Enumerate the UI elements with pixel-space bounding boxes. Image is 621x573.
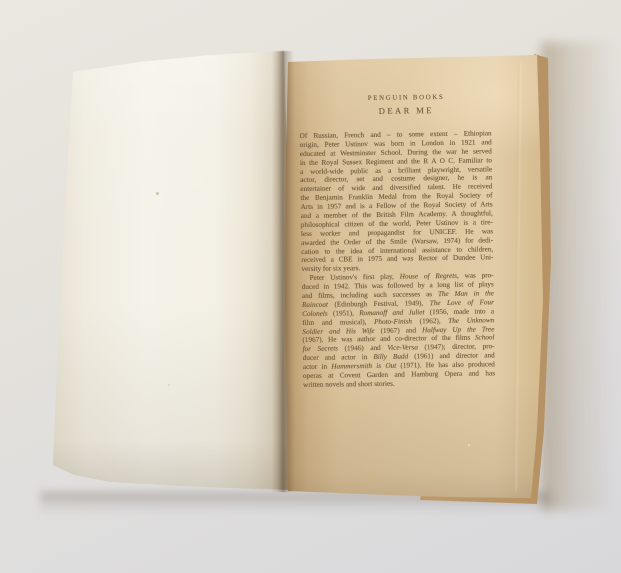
paper-speck <box>468 444 470 446</box>
page-headings: PENGUIN BOOKS DEAR ME <box>310 93 502 117</box>
paragraph: Of Russian, French and – to some extent … <box>300 129 494 274</box>
about-author-text: Of Russian, French and – to some extent … <box>300 129 496 389</box>
paper-speck <box>156 192 159 195</box>
book-title: DEAR ME <box>310 104 502 117</box>
paragraph: Peter Ustinov's first play, House of Reg… <box>302 272 496 390</box>
gutter-shadow <box>272 51 294 492</box>
publisher-name: PENGUIN BOOKS <box>310 93 502 103</box>
printed-page-content: PENGUIN BOOKS DEAR ME Of Russian, French… <box>299 87 495 389</box>
paper-speck <box>168 384 170 386</box>
cast-shadow-right <box>541 42 619 510</box>
book-photo: PENGUIN BOOKS DEAR ME Of Russian, French… <box>0 0 621 573</box>
